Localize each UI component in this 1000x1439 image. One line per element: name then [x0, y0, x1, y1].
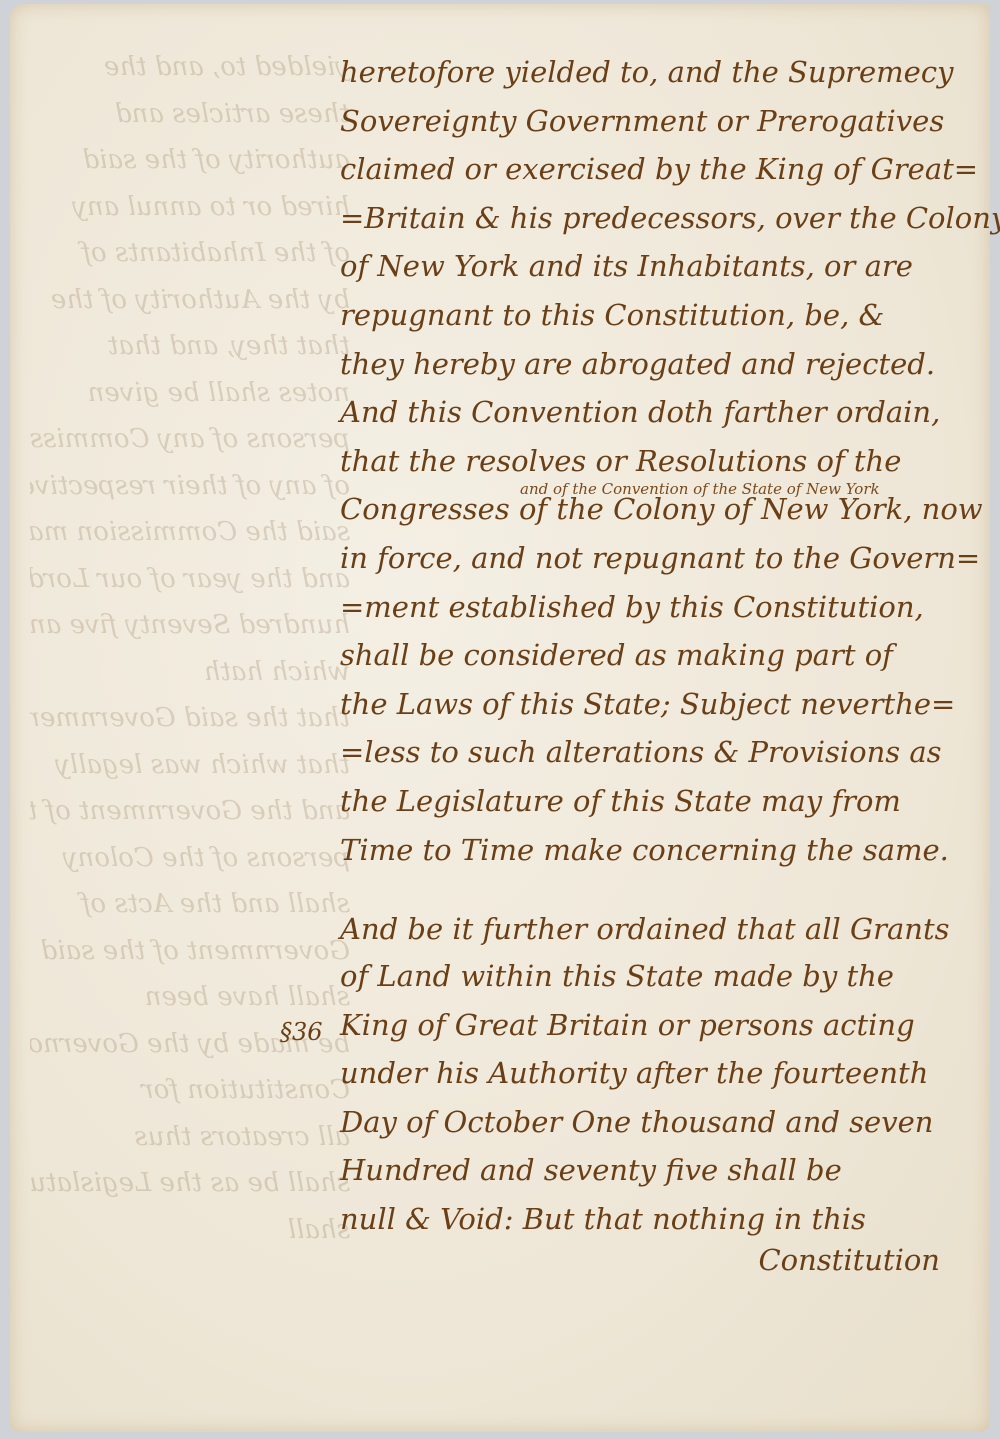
bleed-line: authority of the said: [30, 137, 350, 184]
text-line: in force, and not repugnant to the Gover…: [340, 534, 980, 583]
text-line: =less to such alterations & Provisions a…: [340, 728, 980, 777]
bleed-line: Constitution for: [30, 1067, 350, 1114]
text-line-with-insertion: and of the Convention of the State of Ne…: [340, 485, 980, 534]
bleed-line: yielded to, and the: [30, 44, 350, 91]
bleed-line: shall and the Acts of: [30, 881, 350, 928]
text-line: they hereby are abrogated and rejected.: [340, 340, 980, 389]
text-line: repugnant to this Constitution, be, &: [340, 291, 980, 340]
text-line: Hundred and seventy five shall be: [340, 1146, 980, 1195]
bleed-line: all creators thus: [30, 1114, 350, 1161]
bleed-line: notes shall be given: [30, 370, 350, 417]
bleed-line: of any of their respective: [30, 463, 350, 510]
text-line: of New York and its Inhabitants, or are: [340, 242, 980, 291]
bleed-line: shall: [30, 1207, 350, 1254]
text-line: heretofore yielded to, and the Supremecy: [340, 48, 980, 97]
manuscript-text: heretofore yielded to, and the Supremecy…: [340, 48, 980, 1276]
bleed-line: and the Government of the: [30, 788, 350, 835]
bleed-line: said the Commission may: [30, 509, 350, 556]
text-line: =ment established by this Constitution,: [340, 583, 980, 632]
text-line: And be it further ordained that all Gran…: [340, 874, 980, 952]
text-line: Time to Time make concerning the same.: [340, 826, 980, 875]
bleed-line: which hath: [30, 649, 350, 696]
section-marker: §36: [280, 1018, 323, 1046]
bleed-line: persons of the Colony: [30, 835, 350, 882]
text-line: Sovereignty Government or Prerogatives: [340, 97, 980, 146]
bleed-line: that the said Government: [30, 695, 350, 742]
bleed-line: hundred Seventy five and the: [30, 602, 350, 649]
text-line: the Laws of this State; Subject neverthe…: [340, 680, 980, 729]
text-line: under his Authority after the fourteenth: [340, 1049, 980, 1098]
text-line: And this Convention doth farther ordain,: [340, 388, 980, 437]
text-line: the Legislature of this State may from: [340, 777, 980, 826]
interlinear-insertion: and of the Convention of the State of Ne…: [520, 465, 880, 514]
bleed-line: hired or to annul any: [30, 184, 350, 231]
bleed-line: Government of the said: [30, 928, 350, 975]
bleed-line: by the Authority of the: [30, 277, 350, 324]
text-line: King of Great Britain or persons acting: [340, 1001, 980, 1050]
bleed-line: that which was legally: [30, 742, 350, 789]
catchword: Constitution: [340, 1244, 980, 1276]
bleed-line: persons of any Commission: [30, 416, 350, 463]
text-line: claimed or exercised by the King of Grea…: [340, 145, 980, 194]
bleed-line: that they, and that: [30, 323, 350, 370]
text-line: null & Void: But that nothing in this: [340, 1195, 980, 1244]
text-line: Day of October One thousand and seven: [340, 1098, 980, 1147]
text-line: of Land within this State made by the: [340, 952, 980, 1001]
bleed-line: and the year of our Lord: [30, 556, 350, 603]
text-line: =Britain & his predecessors, over the Co…: [340, 194, 980, 243]
text-line: shall be considered as making part of: [340, 631, 980, 680]
bleed-through-text: yielded to, and the these articles and a…: [30, 44, 350, 1253]
bleed-line: of the Inhabitants of: [30, 230, 350, 277]
bleed-line: shall be as the Legislature: [30, 1160, 350, 1207]
bleed-line: shall have been: [30, 974, 350, 1021]
bleed-line: these articles and: [30, 91, 350, 138]
